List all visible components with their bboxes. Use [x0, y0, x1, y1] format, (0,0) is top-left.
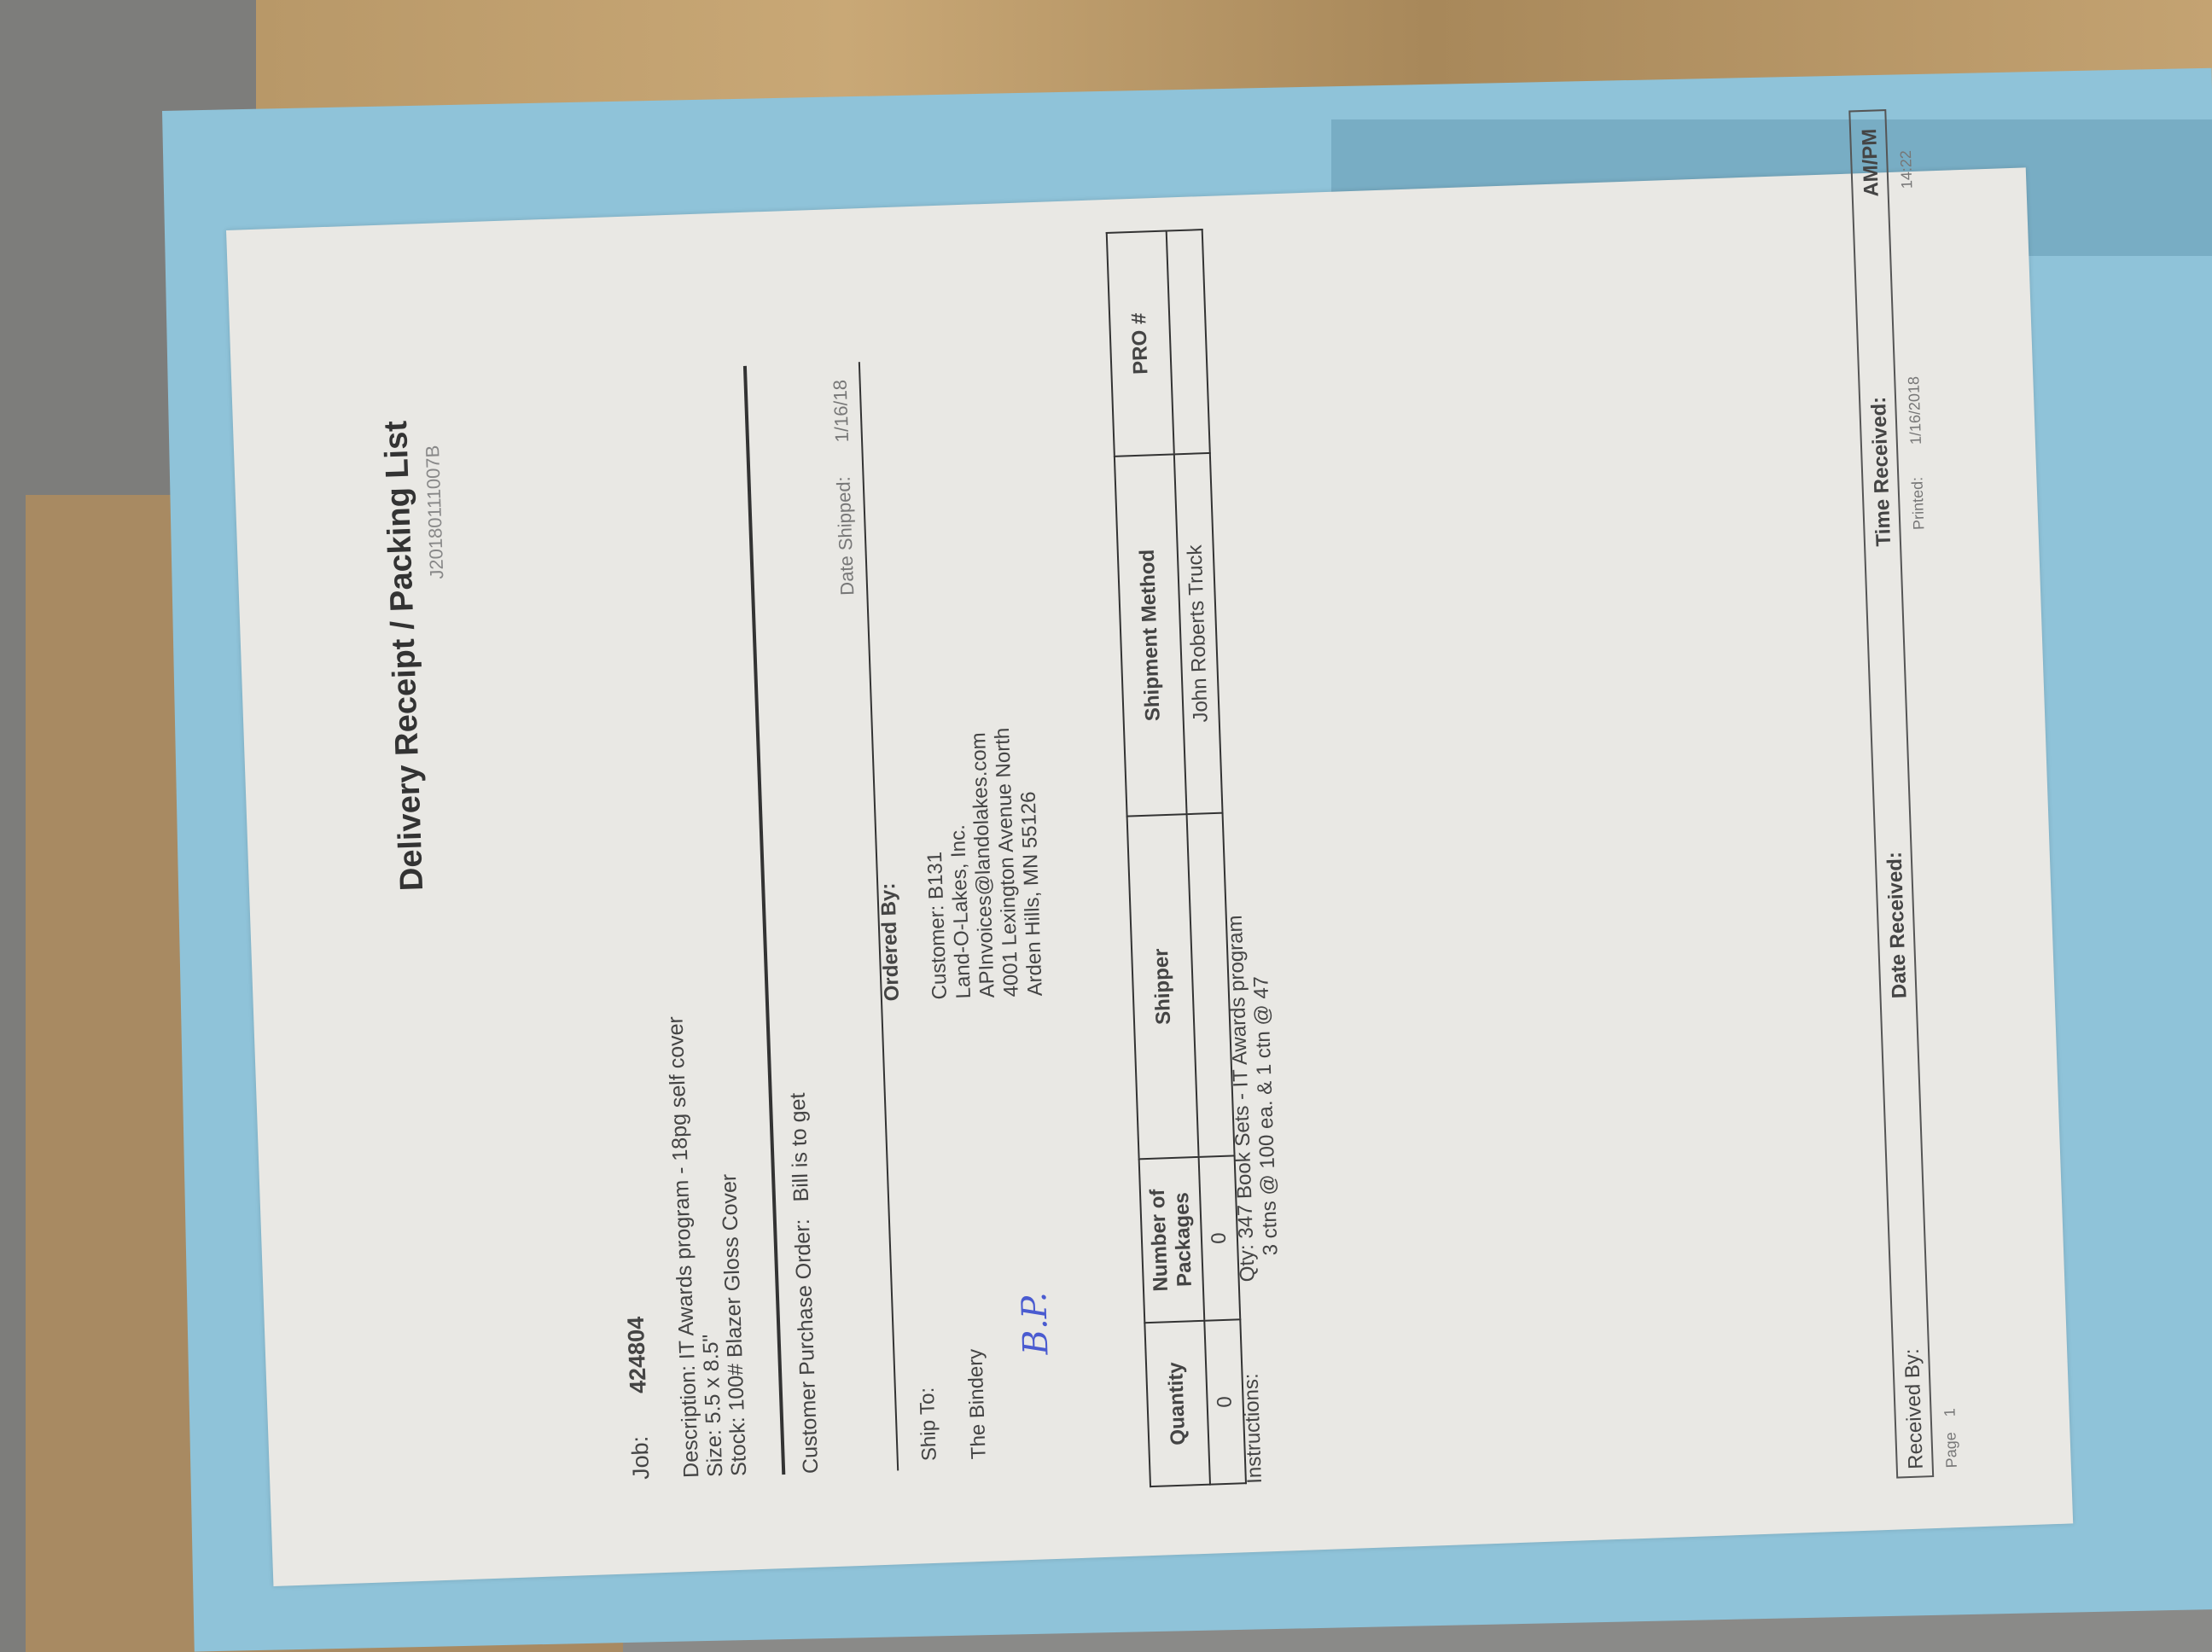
column-header: Number of Packages [1139, 1157, 1205, 1323]
page-value: 1 [1941, 1408, 1959, 1417]
ship-to: Ship To: The Bindery [914, 1348, 991, 1461]
ship-to-label: Ship To: [916, 1387, 941, 1461]
column-header: PRO # [1107, 231, 1174, 457]
ship-to-name: The Bindery [963, 1348, 991, 1459]
job-number: 424804 [623, 1316, 651, 1393]
handwritten-initials: B.P. [1015, 1291, 1057, 1355]
shipment-table: Quantity Number of Packages Shipper Ship… [1106, 229, 1247, 1487]
printed-date: 1/16/2018 [1905, 376, 1925, 445]
ampm-label: AM/PM [1858, 128, 1884, 197]
po-value: Bill is to get [786, 1092, 813, 1202]
job-label: Job: [627, 1435, 655, 1480]
date-shipped-label: Date Shipped: [833, 476, 859, 596]
page-label: Page [1941, 1432, 1960, 1469]
received-by-label: Received By: [1901, 1348, 1929, 1469]
delivery-receipt-paper: Delivery Receipt / Packing List J2018011… [226, 167, 2073, 1586]
job-line: Job:424804 [623, 1316, 655, 1480]
ordered-by-label: Ordered By: [871, 731, 905, 1002]
table-cell [1167, 230, 1210, 454]
purchase-order: Customer Purchase Order:Bill is to get [786, 1092, 824, 1474]
divider [743, 366, 785, 1475]
po-label: Customer Purchase Order: [790, 1219, 823, 1475]
date-shipped: Date Shipped:1/16/18 [829, 380, 859, 596]
date-shipped-value: 1/16/18 [829, 380, 853, 443]
printed-label: Printed: [1908, 477, 1928, 531]
job-details: Description: IT Awards program - 18pg se… [663, 1015, 751, 1479]
document-reference: J20180111007B [422, 445, 448, 579]
time-received-label: Time Received: [1867, 396, 1896, 547]
ordered-by: Ordered By: Customer: B131 Land-O-Lakes,… [871, 726, 1048, 1001]
printed-time: 14:22 [1897, 150, 1917, 189]
column-header: Quantity [1144, 1321, 1210, 1486]
date-received-label: Date Received: [1883, 852, 1912, 999]
receipt-signature-bar: Received By: Date Received: Time Receive… [1848, 109, 1934, 1479]
document-content: Delivery Receipt / Packing List J2018011… [226, 167, 2073, 1586]
